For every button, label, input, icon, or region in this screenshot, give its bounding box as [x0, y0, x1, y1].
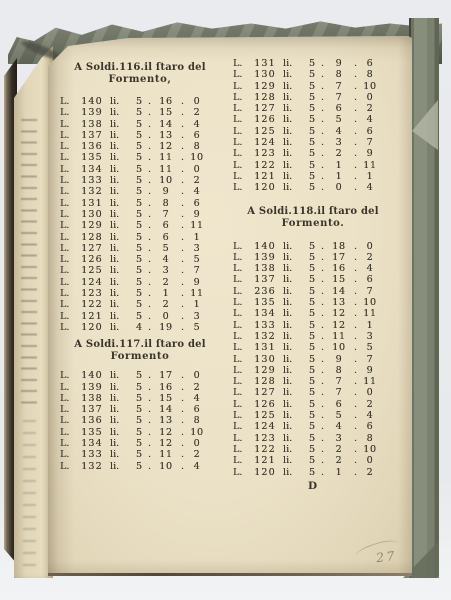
denari-value: 1 — [187, 232, 207, 243]
lire-amount: 133 — [250, 320, 280, 331]
table-row: L.139li.5.15.2 — [60, 107, 220, 118]
currency-prefix: L. — [233, 331, 250, 342]
currency-prefix: L. — [60, 198, 77, 209]
soldi-value: 15 — [327, 274, 351, 285]
separator: . — [145, 220, 154, 231]
soldi-value: 10 — [154, 175, 178, 186]
currency-prefix: L. — [233, 252, 250, 263]
separator: . — [351, 263, 360, 274]
denari-value: 2 — [187, 449, 207, 460]
separator: . — [318, 467, 327, 478]
currency-prefix: L. — [60, 186, 77, 197]
currency-prefix: L. — [60, 288, 77, 299]
lire-value: 5 — [306, 69, 318, 80]
separator: . — [318, 444, 327, 455]
separator: . — [145, 175, 154, 186]
lire-value: 5 — [306, 252, 318, 263]
soldi-value: 4 — [154, 254, 178, 265]
separator: . — [351, 286, 360, 297]
denari-value: 6 — [187, 130, 207, 141]
soldi-value: 11 — [327, 331, 351, 342]
lire-amount: 139 — [250, 252, 280, 263]
soldi-value: 11 — [154, 152, 178, 163]
currency-prefix: L. — [233, 467, 250, 478]
separator: . — [318, 455, 327, 466]
soldi-value: 9 — [154, 186, 178, 197]
currency-prefix: L. — [60, 461, 77, 472]
unit-label: li. — [280, 444, 306, 455]
separator: . — [178, 461, 187, 472]
separator: . — [145, 404, 154, 415]
separator: . — [351, 148, 360, 159]
denari-value: 8 — [360, 433, 380, 444]
separator: . — [318, 387, 327, 398]
lire-amount: 130 — [250, 69, 280, 80]
denari-value: 11 — [360, 160, 380, 171]
table-row: L.137li.5.15.6 — [233, 274, 393, 285]
unit-label: li. — [107, 288, 133, 299]
soldi-value: 5 — [154, 243, 178, 254]
currency-prefix: L. — [60, 130, 77, 141]
lire-amount: 123 — [250, 433, 280, 444]
currency-prefix: L. — [233, 160, 250, 171]
lire-value: 5 — [133, 96, 145, 107]
denari-value: 8 — [187, 415, 207, 426]
separator: . — [178, 209, 187, 220]
separator: . — [145, 96, 154, 107]
unit-label: li. — [107, 322, 133, 333]
denari-value: 11 — [187, 288, 207, 299]
separator: . — [318, 182, 327, 193]
lire-amount: 136 — [77, 141, 107, 152]
unit-label: li. — [107, 265, 133, 276]
soldi-value: 17 — [327, 252, 351, 263]
separator: . — [145, 209, 154, 220]
separator: . — [145, 322, 154, 333]
table-row: L.139li.5.16.2 — [60, 382, 220, 393]
separator: . — [351, 467, 360, 478]
lire-amount: 236 — [250, 286, 280, 297]
table-row: L.126li.5.5.4 — [233, 114, 393, 125]
section-title-line1: A Soldi.116.il ſtaro del — [60, 62, 220, 74]
table-row: L.121li.5.0.3 — [60, 311, 220, 322]
lire-amount: 139 — [77, 382, 107, 393]
lire-amount: 134 — [77, 164, 107, 175]
soldi-value: 6 — [327, 103, 351, 114]
soldi-value: 2 — [154, 277, 178, 288]
unit-label: li. — [280, 399, 306, 410]
lire-amount: 126 — [77, 254, 107, 265]
denari-value: 0 — [187, 370, 207, 381]
soldi-value: 7 — [327, 387, 351, 398]
lire-amount: 120 — [250, 182, 280, 193]
separator: . — [145, 186, 154, 197]
unit-label: li. — [107, 152, 133, 163]
unit-label: li. — [280, 160, 306, 171]
lire-value: 5 — [306, 126, 318, 137]
price-table-soldi-116: L.140li.5.16.0L.139li.5.15.2L.138li.5.14… — [60, 96, 220, 333]
currency-prefix: L. — [60, 141, 77, 152]
lire-amount: 127 — [250, 103, 280, 114]
currency-prefix: L. — [60, 311, 77, 322]
currency-prefix: L. — [60, 107, 77, 118]
denari-value: 4 — [360, 114, 380, 125]
unit-label: li. — [280, 331, 306, 342]
denari-value: 10 — [187, 427, 207, 438]
section-title-line1: A Soldi.117.il ſtaro del — [60, 339, 220, 351]
unit-label: li. — [107, 404, 133, 415]
separator: . — [178, 164, 187, 175]
denari-value: 4 — [187, 393, 207, 404]
unit-label: li. — [280, 433, 306, 444]
table-row: L.129li.5.8.9 — [233, 365, 393, 376]
currency-prefix: L. — [233, 433, 250, 444]
section-title-line1: A Soldi.118.il ſtaro del — [233, 206, 393, 218]
separator: . — [145, 152, 154, 163]
lire-amount: 125 — [250, 126, 280, 137]
table-row: L.129li.5.7.10 — [233, 81, 393, 92]
soldi-value: 1 — [327, 160, 351, 171]
denari-value: 4 — [360, 263, 380, 274]
currency-prefix: L. — [60, 438, 77, 449]
lire-value: 5 — [306, 354, 318, 365]
soldi-value: 1 — [154, 288, 178, 299]
currency-prefix: L. — [60, 322, 77, 333]
table-row: L.130li.5.7.9 — [60, 209, 220, 220]
separator: . — [318, 160, 327, 171]
denari-value: 2 — [360, 103, 380, 114]
denari-value: 2 — [360, 467, 380, 478]
unit-label: li. — [280, 320, 306, 331]
separator: . — [351, 320, 360, 331]
lire-amount: 132 — [250, 331, 280, 342]
separator: . — [351, 433, 360, 444]
lire-value: 5 — [133, 220, 145, 231]
separator: . — [178, 404, 187, 415]
currency-prefix: L. — [60, 152, 77, 163]
separator: . — [178, 186, 187, 197]
separator: . — [351, 114, 360, 125]
separator: . — [318, 114, 327, 125]
lire-value: 5 — [133, 186, 145, 197]
table-row: L.132li.5.10.4 — [60, 461, 220, 472]
table-row: L.131li.5.8.6 — [60, 198, 220, 209]
soldi-value: 9 — [327, 58, 351, 69]
separator: . — [178, 220, 187, 231]
lire-value: 5 — [133, 382, 145, 393]
separator: . — [145, 393, 154, 404]
denari-value: 7 — [187, 265, 207, 276]
unit-label: li. — [107, 96, 133, 107]
table-row: L.121li.5.2.0 — [233, 455, 393, 466]
handwritten-page-number: 27 — [375, 548, 398, 565]
soldi-value: 13 — [154, 415, 178, 426]
lire-value: 5 — [133, 119, 145, 130]
soldi-value: 16 — [327, 263, 351, 274]
denari-value: 10 — [360, 81, 380, 92]
lire-value: 5 — [133, 299, 145, 310]
soldi-value: 1 — [327, 171, 351, 182]
denari-value: 1 — [360, 171, 380, 182]
unit-label: li. — [107, 393, 133, 404]
lire-value: 5 — [133, 370, 145, 381]
table-row: L.123li.5.3.8 — [233, 433, 393, 444]
currency-prefix: L. — [60, 382, 77, 393]
table-row: L.136li.5.12.8 — [60, 141, 220, 152]
table-row: L.138li.5.14.4 — [60, 119, 220, 130]
table-row: L.123li.5.1.11 — [60, 288, 220, 299]
lire-amount: 122 — [250, 160, 280, 171]
denari-value: 4 — [187, 461, 207, 472]
table-row: L.125li.5.5.4 — [233, 410, 393, 421]
soldi-value: 5 — [327, 114, 351, 125]
lire-value: 5 — [306, 467, 318, 478]
currency-prefix: L. — [233, 421, 250, 432]
unit-label: li. — [280, 137, 306, 148]
denari-value: 2 — [187, 382, 207, 393]
denari-value: 6 — [360, 126, 380, 137]
separator: . — [145, 265, 154, 276]
denari-value: 5 — [187, 254, 207, 265]
lire-value: 5 — [306, 182, 318, 193]
soldi-value: 18 — [327, 241, 351, 252]
separator: . — [145, 141, 154, 152]
lire-amount: 138 — [250, 263, 280, 274]
lire-amount: 120 — [250, 467, 280, 478]
lire-value: 5 — [306, 58, 318, 69]
table-row: L.134li.5.12.11 — [233, 308, 393, 319]
soldi-value: 7 — [327, 92, 351, 103]
unit-label: li. — [107, 382, 133, 393]
table-row: L.140li.5.18.0 — [233, 241, 393, 252]
lire-value: 5 — [306, 399, 318, 410]
separator: . — [351, 81, 360, 92]
lire-amount: 134 — [250, 308, 280, 319]
denari-value: 3 — [187, 311, 207, 322]
denari-value: 11 — [360, 308, 380, 319]
separator: . — [318, 126, 327, 137]
currency-prefix: L. — [60, 404, 77, 415]
denari-value: 10 — [360, 444, 380, 455]
lire-value: 5 — [133, 243, 145, 254]
lire-amount: 140 — [77, 370, 107, 381]
separator: . — [318, 410, 327, 421]
lire-amount: 125 — [250, 410, 280, 421]
currency-prefix: L. — [233, 455, 250, 466]
soldi-value: 0 — [327, 182, 351, 193]
lire-amount: 122 — [77, 299, 107, 310]
denari-value: 7 — [360, 137, 380, 148]
table-row: L.140li.5.17.0 — [60, 370, 220, 381]
unit-label: li. — [280, 148, 306, 159]
unit-label: li. — [280, 114, 306, 125]
lire-amount: 127 — [77, 243, 107, 254]
unit-label: li. — [107, 415, 133, 426]
unit-label: li. — [107, 141, 133, 152]
lire-value: 5 — [133, 311, 145, 322]
soldi-value: 16 — [154, 382, 178, 393]
table-row: L.135li.5.13.10 — [233, 297, 393, 308]
lire-amount: 126 — [250, 399, 280, 410]
lire-value: 5 — [306, 376, 318, 387]
lire-value: 5 — [306, 320, 318, 331]
lire-value: 5 — [133, 175, 145, 186]
denari-value: 5 — [360, 342, 380, 353]
table-row: L.131li.5.10.5 — [233, 342, 393, 353]
separator: . — [145, 254, 154, 265]
currency-prefix: L. — [233, 126, 250, 137]
denari-value: 6 — [187, 198, 207, 209]
separator: . — [178, 265, 187, 276]
table-row: L.132li.5.11.3 — [233, 331, 393, 342]
separator: . — [318, 274, 327, 285]
separator: . — [178, 370, 187, 381]
separator: . — [318, 286, 327, 297]
separator: . — [318, 241, 327, 252]
denari-value: 7 — [360, 354, 380, 365]
table-row: L.120li.4.19.5 — [60, 322, 220, 333]
lire-value: 5 — [133, 254, 145, 265]
currency-prefix: L. — [233, 297, 250, 308]
currency-prefix: L. — [233, 182, 250, 193]
currency-prefix: L. — [60, 415, 77, 426]
separator: . — [351, 69, 360, 80]
currency-prefix: L. — [60, 232, 77, 243]
separator: . — [351, 160, 360, 171]
currency-prefix: L. — [60, 393, 77, 404]
unit-label: li. — [107, 254, 133, 265]
table-row: L.133li.5.12.1 — [233, 320, 393, 331]
separator: . — [178, 449, 187, 460]
separator: . — [178, 198, 187, 209]
lire-amount: 124 — [250, 421, 280, 432]
separator: . — [351, 376, 360, 387]
section-title-line2: Formento. — [233, 218, 393, 230]
denari-value: 4 — [360, 182, 380, 193]
lire-value: 5 — [306, 410, 318, 421]
show-through-text — [21, 116, 37, 406]
lire-value: 5 — [133, 427, 145, 438]
unit-label: li. — [107, 198, 133, 209]
currency-prefix: L. — [233, 241, 250, 252]
separator: . — [351, 455, 360, 466]
soldi-value: 11 — [154, 164, 178, 175]
soldi-value: 14 — [327, 286, 351, 297]
lire-amount: 131 — [250, 342, 280, 353]
unit-label: li. — [107, 311, 133, 322]
unit-label: li. — [280, 103, 306, 114]
currency-prefix: L. — [233, 69, 250, 80]
separator: . — [145, 438, 154, 449]
lire-value: 5 — [306, 137, 318, 148]
currency-prefix: L. — [60, 243, 77, 254]
table-row: L.124li.5.4.6 — [233, 421, 393, 432]
lire-amount: 130 — [77, 209, 107, 220]
separator: . — [178, 277, 187, 288]
unit-label: li. — [280, 182, 306, 193]
soldi-value: 1 — [327, 467, 351, 478]
separator: . — [178, 382, 187, 393]
unit-label: li. — [107, 427, 133, 438]
lire-amount: 133 — [77, 175, 107, 186]
denari-value: 6 — [360, 274, 380, 285]
soldi-value: 15 — [154, 107, 178, 118]
denari-value: 2 — [187, 175, 207, 186]
separator: . — [145, 164, 154, 175]
denari-value: 7 — [360, 286, 380, 297]
currency-prefix: L. — [60, 427, 77, 438]
lire-amount: 128 — [77, 232, 107, 243]
lire-amount: 138 — [77, 119, 107, 130]
currency-prefix: L. — [233, 365, 250, 376]
table-row: L.129li.5.6.11 — [60, 220, 220, 231]
lire-amount: 123 — [250, 148, 280, 159]
table-row: L.139li.5.17.2 — [233, 252, 393, 263]
separator: . — [178, 96, 187, 107]
table-row: L.128li.5.7.0 — [233, 92, 393, 103]
separator: . — [145, 243, 154, 254]
lire-amount: 137 — [77, 404, 107, 415]
currency-prefix: L. — [60, 209, 77, 220]
soldi-value: 13 — [154, 130, 178, 141]
separator: . — [318, 103, 327, 114]
denari-value: 0 — [360, 241, 380, 252]
lire-value: 5 — [133, 393, 145, 404]
lire-value: 5 — [306, 114, 318, 125]
facing-page-edge — [14, 46, 53, 578]
separator: . — [351, 444, 360, 455]
separator: . — [178, 243, 187, 254]
lire-amount: 133 — [77, 449, 107, 460]
table-row: L.140li.5.16.0 — [60, 96, 220, 107]
currency-prefix: L. — [233, 81, 250, 92]
denari-value: 3 — [360, 331, 380, 342]
lire-amount: 120 — [77, 322, 107, 333]
lire-amount: 135 — [77, 427, 107, 438]
section-title-line2: Formento — [60, 351, 220, 363]
currency-prefix: L. — [233, 274, 250, 285]
lire-value: 5 — [306, 92, 318, 103]
separator: . — [145, 232, 154, 243]
unit-label: li. — [280, 126, 306, 137]
section-title-line2: Formento, — [60, 74, 220, 86]
separator: . — [178, 393, 187, 404]
separator: . — [318, 92, 327, 103]
soldi-value: 16 — [154, 96, 178, 107]
lire-value: 5 — [133, 288, 145, 299]
soldi-value: 7 — [154, 209, 178, 220]
soldi-value: 19 — [154, 322, 178, 333]
section-title-soldi-118: A Soldi.118.il ſtaro del Formento. — [233, 206, 393, 230]
soldi-value: 14 — [154, 404, 178, 415]
separator: . — [145, 311, 154, 322]
unit-label: li. — [280, 308, 306, 319]
table-row: L.127li.5.6.2 — [233, 103, 393, 114]
soldi-value: 7 — [327, 376, 351, 387]
currency-prefix: L. — [233, 148, 250, 159]
right-column: L.131li.5.9.6L.130li.5.8.8L.129li.5.7.10… — [233, 58, 393, 492]
lire-amount: 131 — [250, 58, 280, 69]
lire-amount: 140 — [250, 241, 280, 252]
separator: . — [351, 241, 360, 252]
table-row: L.124li.5.3.7 — [233, 137, 393, 148]
unit-label: li. — [107, 186, 133, 197]
currency-prefix: L. — [233, 399, 250, 410]
lire-value: 5 — [306, 297, 318, 308]
unit-label: li. — [107, 461, 133, 472]
unit-label: li. — [280, 241, 306, 252]
lire-amount: 134 — [77, 438, 107, 449]
